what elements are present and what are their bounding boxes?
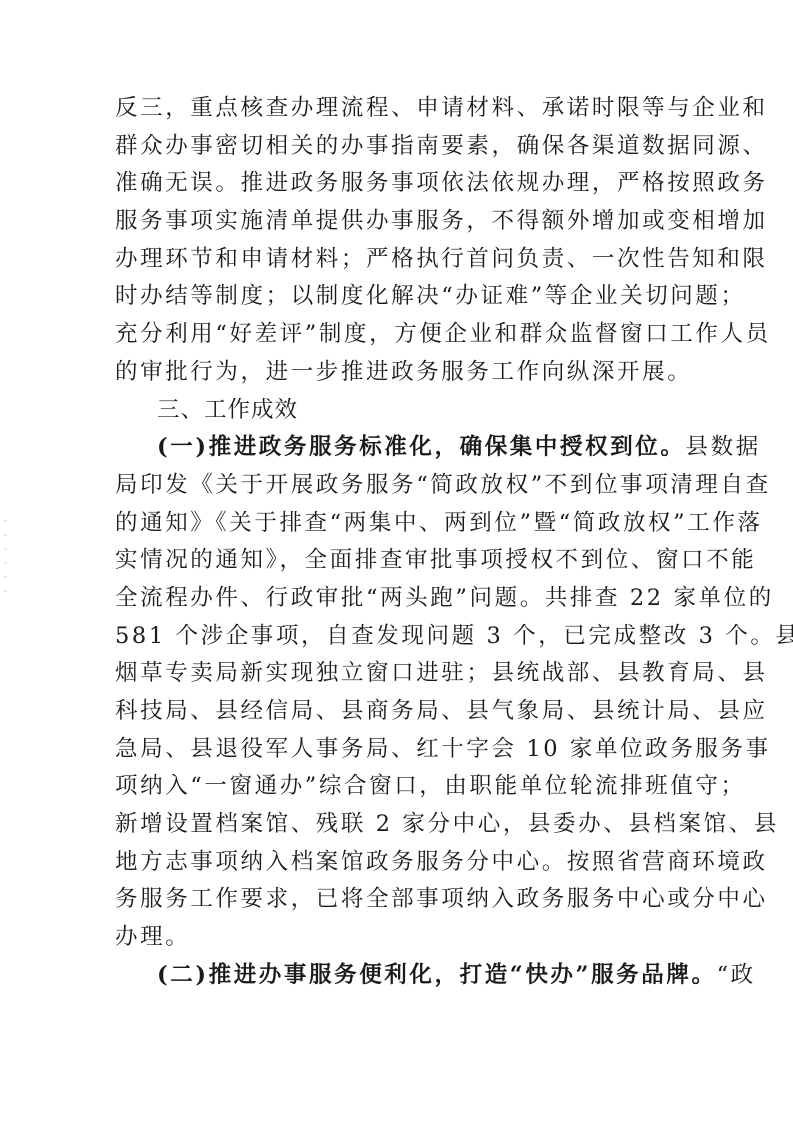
- text-line: 地方志事项纳入档案馆政务服务分中心。按照省营商环境政: [115, 844, 675, 882]
- subsection-1-title: (一)推进政务服务标准化，确保集中授权到位。: [157, 434, 686, 460]
- subsection-2-title: (二)推进办事服务便利化，打造“快办”服务品牌。: [157, 962, 717, 988]
- text-line: 科技局、县经信局、县商务局、县气象局、县统计局、县应: [115, 693, 675, 731]
- text-line: 反三，重点核查办理流程、申请材料、承诺时限等与企业和: [115, 90, 675, 128]
- text-line: 局印发《关于开展政务服务“简政放权”不到位事项清理自查: [115, 467, 675, 505]
- subsection-1-first-line: (一)推进政务服务标准化，确保集中授权到位。县数据: [115, 429, 675, 467]
- subsection-1: (一)推进政务服务标准化，确保集中授权到位。县数据 局印发《关于开展政务服务“简…: [115, 429, 675, 957]
- text-line: 烟草专卖局新实现独立窗口进驻；县统战部、县教育局、县: [115, 655, 675, 693]
- subsection-1-first-line-rest: 县数据: [686, 434, 761, 460]
- text-line: 急局、县退役军人事务局、红十字会 10 家单位政务服务事: [115, 731, 675, 769]
- text-line: 办理。: [115, 919, 675, 957]
- text-line: 群众办事密切相关的办事指南要素，确保各渠道数据同源、: [115, 128, 675, 166]
- document-page: 反三，重点核查办理流程、申请材料、承诺时限等与企业和 群众办事密切相关的办事指南…: [0, 0, 793, 1122]
- text-line: 务服务工作要求，已将全部事项纳入政务服务中心或分中心: [115, 881, 675, 919]
- subsection-2: (二)推进办事服务便利化，打造“快办”服务品牌。“政: [115, 957, 675, 995]
- scan-artifact: [4, 520, 7, 600]
- subsection-2-first-line: (二)推进办事服务便利化，打造“快办”服务品牌。“政: [115, 957, 675, 995]
- text-line: 实情况的通知》，全面排查审批事项授权不到位、窗口不能: [115, 542, 675, 580]
- subsection-2-first-line-rest: “政: [717, 962, 756, 988]
- document-body: 反三，重点核查办理流程、申请材料、承诺时限等与企业和 群众办事密切相关的办事指南…: [115, 90, 675, 995]
- text-line: 充分利用“好差评”制度，方便企业和群众监督窗口工作人员: [115, 316, 675, 354]
- text-line: 581 个涉企事项，自查发现问题 3 个，已完成整改 3 个。县: [115, 618, 675, 656]
- text-line: 时办结等制度；以制度化解决“办证难”等企业关切问题；: [115, 278, 675, 316]
- text-line: 服务事项实施清单提供办事服务，不得额外增加或变相增加: [115, 203, 675, 241]
- text-line: 全流程办件、行政审批“两头跑”问题。共排查 22 家单位的: [115, 580, 675, 618]
- text-line: 新增设置档案馆、残联 2 家分中心，县委办、县档案馆、县: [115, 806, 675, 844]
- text-line: 的通知》《关于排查“两集中、两到位”暨“简政放权”工作落: [115, 505, 675, 543]
- paragraph-continuation: 反三，重点核查办理流程、申请材料、承诺时限等与企业和 群众办事密切相关的办事指南…: [115, 90, 675, 392]
- text-line: 项纳入“一窗通办”综合窗口，由职能单位轮流排班值守；: [115, 768, 675, 806]
- text-line: 办理环节和申请材料；严格执行首问负责、一次性告知和限: [115, 241, 675, 279]
- section-heading: 三、工作成效: [115, 392, 675, 430]
- text-line: 准确无误。推进政务服务事项依法依规办理，严格按照政务: [115, 165, 675, 203]
- text-line: 的审批行为，进一步推进政务服务工作向纵深开展。: [115, 354, 675, 392]
